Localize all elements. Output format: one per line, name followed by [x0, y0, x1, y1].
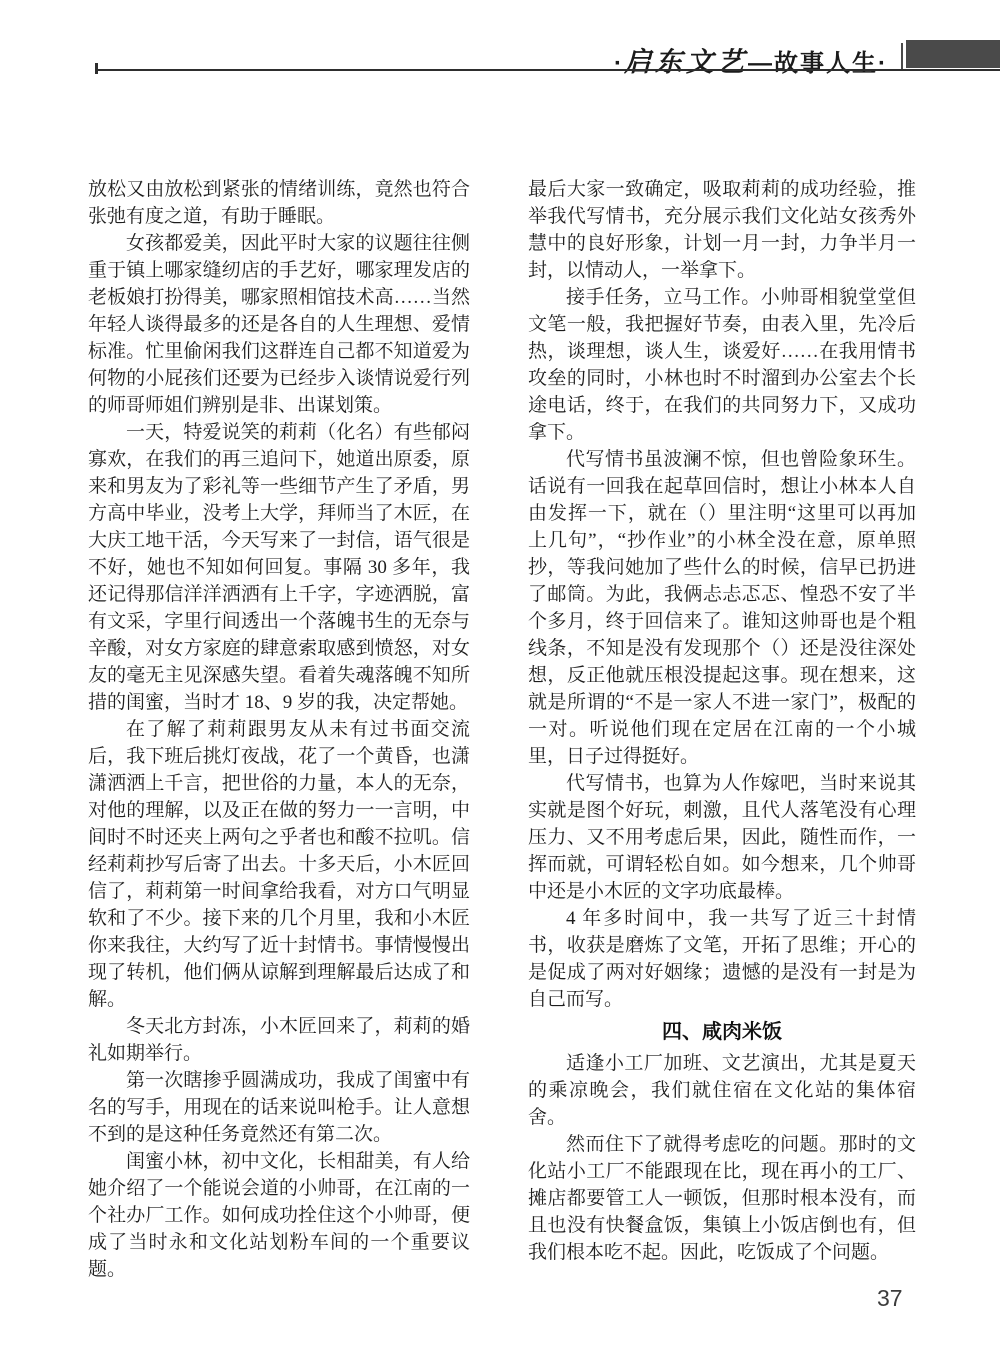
- header-accent-block: [906, 40, 1000, 68]
- paragraph: 女孩都爱美，因此平时大家的议题往往侧重于镇上哪家缝纫店的手艺好，哪家理发店的老板…: [88, 230, 470, 419]
- header-accent-tick: [901, 43, 903, 69]
- paragraph: 闺蜜小林，初中文化，长相甜美，有人给她介绍了一个能说会道的小帅哥，在江南的一个社…: [88, 1148, 470, 1283]
- page-number: 37: [877, 1285, 903, 1312]
- paragraph: 代写情书，也算为人作嫁吧，当时来说其实就是图个好玩，刺激，且代人落笔没有心理压力…: [528, 770, 916, 905]
- magazine-name: 启东文艺: [624, 47, 748, 77]
- header-rule: [95, 69, 1000, 71]
- paragraph: 适逢小工厂加班、文艺演出，尤其是夏天的乘凉晚会，我们就住宿在文化站的集体宿舍。: [528, 1050, 916, 1131]
- column-section-name: —故事人生: [748, 50, 878, 77]
- paragraph: 在了解了莉莉跟男友从未有过书面交流后，我下班后挑灯夜战，花了一个黄昏，也潇潇洒洒…: [88, 716, 470, 1013]
- magazine-page: ·启东文艺—故事人生· 放松又由放松到紧张的情绪训练，竟然也符合张弛有度之道，有…: [0, 0, 1000, 1357]
- paragraph: 接手任务，立马工作。小帅哥相貌堂堂但文笔一般，我把握好节奏，由表入里，先冷后热，…: [528, 284, 916, 446]
- left-column: 放松又由放松到紧张的情绪训练，竟然也符合张弛有度之道，有助于睡眠。 女孩都爱美，…: [88, 176, 470, 1283]
- paragraph: 4 年多时间中，我一共写了近三十封情书，收获是磨炼了文笔，开拓了思维；开心的是促…: [528, 905, 916, 1013]
- paragraph: 冬天北方封冻，小木匠回来了，莉莉的婚礼如期举行。: [88, 1013, 470, 1067]
- title-dot-left: ·: [614, 50, 624, 77]
- right-column: 最后大家一致确定，吸取莉莉的成功经验，推举我代写情书，充分展示我们文化站女孩秀外…: [528, 176, 916, 1266]
- paragraph: 第一次瞎掺乎圆满成功，我成了闺蜜中有名的写手，用现在的话来说叫枪手。让人意想不到…: [88, 1067, 470, 1148]
- paragraph: 一天，特爱说笑的莉莉（化名）有些郁闷寡欢，在我们的再三追问下，她道出原委，原来和…: [88, 419, 470, 716]
- paragraph: 代写情书虽波澜不惊，但也曾险象环生。话说有一回我在起草回信时，想让小林本人自由发…: [528, 446, 916, 770]
- paragraph: 然而住下了就得考虑吃的问题。那时的文化站小工厂不能跟现在比，现在再小的工厂、摊店…: [528, 1131, 916, 1266]
- paragraph: 放松又由放松到紧张的情绪训练，竟然也符合张弛有度之道，有助于睡眠。: [88, 176, 470, 230]
- title-dot-right: ·: [878, 50, 888, 77]
- paragraph: 最后大家一致确定，吸取莉莉的成功经验，推举我代写情书，充分展示我们文化站女孩秀外…: [528, 176, 916, 284]
- page-header-title: ·启东文艺—故事人生·: [614, 40, 888, 79]
- section-heading: 四、咸肉米饭: [528, 1019, 916, 1046]
